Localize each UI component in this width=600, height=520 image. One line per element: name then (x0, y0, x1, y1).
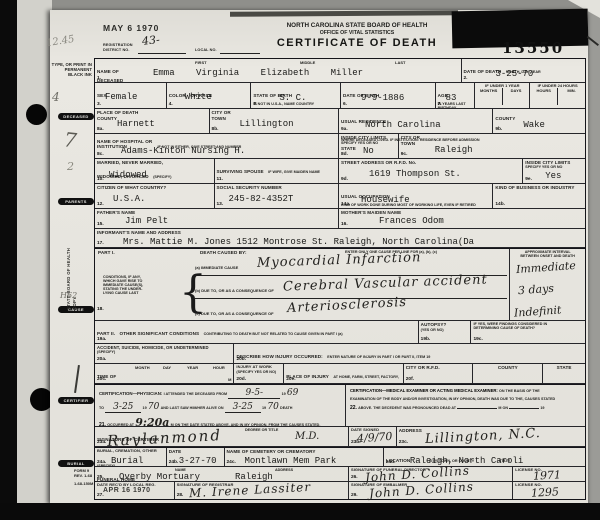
field-number: 9b. (495, 127, 502, 132)
under24-hours: HOURS (530, 88, 557, 105)
field-number: 8a. (97, 127, 104, 132)
field-date-of-birth: DATE OF BIRTH 9-9-1886 6. (341, 83, 436, 108)
field-surviving-spouse: SURVIVING SPOUSE IF WIFE, GIVE MAIDEN NA… (215, 159, 340, 183)
col-last: LAST (395, 60, 405, 65)
under1-days: DAYS (502, 88, 529, 105)
field-director-license: LICENSE NO. 1971 (513, 467, 585, 481)
mother-label: MOTHER'S MAIDEN NAME (341, 210, 583, 216)
cemetery-value: Montlawn Mem Park (245, 456, 337, 466)
field-time-of-injury: TIME OF INJURY MONTH DAY YEAR HOUR M 20c… (95, 364, 234, 383)
row-place-of-death: PLACE OF DEATH COUNTY Harnett 8a. CITY O… (95, 109, 585, 134)
attended-from-value: 9-5- (246, 388, 264, 398)
field-marital-status: MARRIED, NEVER MARRIED, WIDOWED, DIVORCE… (95, 159, 215, 183)
burial-date-value: 3-27-70 (179, 456, 217, 466)
father-value: Jim Pelt (125, 216, 168, 226)
row-cause-of-death: PART I. DEATH CAUSED BY: ENTER ONLY ONE … (95, 248, 585, 321)
last-saw-year: 70 (267, 402, 278, 412)
row-accident: ACCIDENT, SUICIDE, HOMICIDE, OR UNDETERM… (95, 344, 585, 364)
last-saw-label: AND LAST SAW HIM/HER ALIVE ON (161, 406, 224, 410)
hospital-value: Adams-Kinton Nursing H. (121, 146, 245, 156)
informant-label: INFORMANT'S NAME AND ADDRESS (97, 230, 583, 236)
field-date-signed: DATE SIGNED 4/9/70 23b. (349, 427, 397, 446)
row-certification: CERTIFICATION—PHYSICIAN: I ATTENDED THE … (95, 384, 585, 427)
col-year: YEAR (187, 365, 198, 370)
field-number: 12. (97, 202, 104, 207)
year-prefix: 19 (282, 392, 286, 396)
conditions-note: CONDITIONS, IF ANY, WHICH GAVE RISE TO I… (103, 275, 183, 295)
field-burial-type: BURIAL, CREMATION, OTHER (SPECIFY) Buria… (95, 448, 167, 466)
due-to-label-c: (c) DUE TO, OR AS A CONSEQUENCE OF (195, 311, 274, 316)
field-mother: MOTHER'S MAIDEN NAME Frances Odom 16. (339, 209, 585, 228)
field-occupation: USUAL OCCUPATION KIND OF WORK DONE DURIN… (339, 184, 493, 208)
registration-blank-line (138, 53, 186, 54)
field-number: 19a. (97, 337, 106, 342)
me-line1-tail: ON THE BASIS OF THE (499, 389, 540, 393)
field-number: 14b. (495, 202, 505, 207)
row-funeral-home: FUNERAL HOME NAME ADDRESS Overby Mortuar… (95, 467, 585, 482)
name-value: Emma Virginia Elizabeth Miller (153, 68, 363, 78)
field-number: 24d. (386, 460, 396, 465)
marital-sub: (SPECIFY) (153, 175, 171, 179)
form-number-line: 1-68-150M (74, 481, 93, 486)
row-certifier-signature: SIGNATURE OF CERTIFIER DEGREE OR TITLE R… (95, 427, 585, 447)
field-cemetery: NAME OF CEMETERY OR CREMATORY Montlawn M… (225, 448, 384, 466)
field-number: 3. (97, 102, 101, 107)
describe-note: ENTER NATURE OF INJURY IN PART I OR PART… (327, 355, 430, 359)
field-number: 26. (351, 475, 358, 480)
field-residence-county: COUNTY Wake 9b. (493, 109, 585, 133)
cause-heading: DEATH CAUSED BY: (200, 250, 247, 256)
meridiem-label: M (228, 377, 231, 382)
field-funeral-home: FUNERAL HOME NAME ADDRESS Overby Mortuar… (95, 467, 349, 481)
city-value: Lillington (240, 119, 294, 129)
certificate-paper: 12.45 MAY 6 1970 REGISTRATION DISTRICT N… (50, 10, 588, 504)
pencil-mark: 7 (63, 127, 78, 152)
field-death-city: CITY OR TOWN Lillington 8b. (210, 109, 339, 133)
row-hospital: NAME OF HOSPITAL OR INSTITUTION IF NOT I… (95, 134, 585, 159)
field-part2: PART II. OTHER SIGNIFICANT CONDITIONS CO… (95, 321, 419, 343)
field-date-of-death: DATE OF DEATH MONTH, DAY, YEAR 3-25-70 2… (462, 59, 586, 82)
burial-date-label: DATE (169, 449, 222, 455)
row-registrar: DATE REC'D BY LOCAL REG. APR 16 1970 27.… (95, 482, 585, 499)
field-interval-column: APPROXIMATE INTERVAL BETWEEN ONSET AND D… (510, 249, 585, 320)
field-number: 24b. (169, 460, 179, 465)
row-injury-details: TIME OF INJURY MONTH DAY YEAR HOUR M 20c… (95, 364, 585, 384)
field-findings: IF YES, WERE FINDINGS CONSIDERED IN DETE… (471, 321, 585, 343)
registration-district: REGISTRATION DISTRICT NO. (103, 43, 143, 52)
date-signed-value: 4/9/70 (357, 430, 393, 445)
me-line2: EXAMINATION OF THE BODY AND/OR INVESTIGA… (350, 397, 581, 401)
field-number: 8b. (212, 127, 219, 132)
local-no-blank-line (220, 53, 260, 54)
row-marital: MARRIED, NEVER MARRIED, WIDOWED, DIVORCE… (95, 159, 585, 184)
attended-from-year: 69 (287, 388, 298, 398)
field-accident: ACCIDENT, SUICIDE, HOMICIDE, OR UNDETERM… (95, 344, 234, 363)
ssn-value: 245-82-4352T (229, 194, 294, 204)
form-number-line: REV. 1-68 (74, 473, 93, 478)
certificate-number: 13550 (502, 39, 564, 57)
interval-c: Indefinit (514, 304, 562, 320)
at-work-sub: (SPECIFY YES OR NO) (236, 370, 281, 374)
field-street-address: STREET ADDRESS OR R.F.D. No. 1619 Thomps… (339, 159, 523, 183)
field-number: 10. (97, 177, 104, 182)
field-embalmer-license: LICENSE NO. 1295 (513, 482, 585, 499)
field-describe-injury: DESCRIBE HOW INJURY OCCURRED: ENTER NATU… (234, 344, 585, 363)
res-county-value: Wake (523, 120, 545, 130)
funeral-home-sub2: ADDRESS (275, 468, 293, 472)
field-number: 20b. (236, 357, 246, 362)
copy-label-text: STATE BOARD OF HEALTH (66, 248, 71, 310)
citizen-value: U.S.A. (113, 194, 145, 204)
funeral-home-value: Overby Mortuary (119, 472, 200, 481)
field-father: FATHER'S NAME Jim Pelt 15. (95, 209, 339, 228)
me-title: CERTIFICATION—MEDICAL EXAMINER OR ACTING… (350, 388, 498, 393)
res-icl-value: Yes (545, 171, 561, 181)
field-name-of-deceased: NAME OF DECEASED FIRST MIDDLE LAST Emma … (95, 59, 462, 82)
year-prefix: 19 (143, 406, 147, 410)
injury-state-label: STATE (545, 365, 583, 371)
section-pill-burial: BURIAL (58, 460, 94, 467)
field-injury-county: COUNTY (473, 364, 543, 383)
field-hospital: NAME OF HOSPITAL OR INSTITUTION IF NOT I… (95, 134, 339, 158)
field-certification-physician: CERTIFICATION—PHYSICIAN: I ATTENDED THE … (95, 385, 346, 426)
col-day: DAY (163, 365, 171, 370)
field-number: 13. (217, 202, 224, 207)
field-under-1-year: IF UNDER 1 YEAR MONTHS DAYS (475, 83, 530, 108)
accident-sub: (SPECIFY) (97, 350, 231, 354)
field-number: 20c. (97, 377, 106, 382)
part2-heading: OTHER SIGNIFICANT CONDITIONS (120, 331, 200, 336)
field-number: 5. (253, 102, 257, 107)
time-of-death-value: 9:20a (135, 416, 169, 426)
immediate-cause-value: Myocardial Infarction (257, 250, 422, 271)
interval-a: Immediate (516, 259, 577, 276)
death-word: DEATH (280, 406, 292, 410)
board-line: NORTH CAROLINA STATE BOARD OF HEALTH (255, 22, 459, 29)
scanned-death-certificate: 12.45 MAY 6 1970 REGISTRATION DISTRICT N… (0, 0, 600, 520)
field-number: 9d. (341, 177, 348, 182)
field-director-signature: SIGNATURE OF FUNERAL DIRECTOR John D. Co… (349, 467, 513, 481)
field-race: COLOR OR RACE White 4. (167, 83, 252, 108)
received-date-stamp: MAY 6 1970 (103, 23, 159, 33)
col-month: MONTH (135, 365, 150, 370)
col-hour: HOUR (213, 365, 225, 370)
marital-label: MARRIED, NEVER MARRIED, (97, 160, 212, 166)
due-to-label-b: (b) DUE TO, OR AS A CONSEQUENCE OF (195, 288, 274, 293)
spouse-sub: IF WIFE, GIVE MAIDEN NAME (268, 170, 320, 174)
pencil-mark: 4 (52, 90, 60, 104)
row-parents: FATHER'S NAME Jim Pelt 15. MOTHER'S MAID… (95, 209, 585, 229)
describe-label: DESCRIBE HOW INJURY OCCURRED: (236, 354, 322, 359)
certificate-form: NAME OF DECEASED FIRST MIDDLE LAST Emma … (94, 58, 586, 500)
field-injury-at-work: INJURY AT WORK (SPECIFY YES OR NO) 20d. (234, 364, 284, 383)
age-value: 83 (446, 93, 457, 103)
field-number: 25. (97, 475, 104, 480)
to-label: TO (99, 406, 104, 410)
street-value: 1619 Thompson St. (369, 169, 461, 179)
cause-line-b: (b) DUE TO, OR AS A CONSEQUENCE OF Cereb… (195, 279, 507, 299)
field-number: 4. (169, 102, 173, 107)
field-number: 24c. (227, 460, 236, 465)
field-autopsy: AUTOPSY? (YES OR NO) 19b. (419, 321, 472, 343)
field-ssn: SOCIAL SECURITY NUMBER 245-82-4352T 13. (215, 184, 340, 208)
me-m-on: M ON (498, 406, 508, 410)
injury-city-label: CITY OR R.F.D. (406, 365, 471, 371)
res-icl-sub: SPECIFY YES OR NO (525, 165, 583, 169)
row-name: NAME OF DECEASED FIRST MIDDLE LAST Emma … (95, 59, 585, 83)
scan-edge-right (588, 0, 600, 503)
field-number: 19c. (473, 337, 482, 342)
to-value: 3-25 (113, 402, 133, 412)
office-line: OFFICE OF VITAL STATISTICS (255, 30, 459, 36)
embalmer-license-value: 1295 (531, 485, 560, 499)
field-number: 9c. (401, 152, 408, 157)
row-burial: BURIAL, CREMATION, OTHER (SPECIFY) Buria… (95, 447, 585, 467)
field-informant: INFORMANT'S NAME AND ADDRESS Mrs. Mattie… (95, 229, 585, 248)
pencil-mark: H62 (60, 291, 77, 300)
me-year-prefix: 19 (540, 406, 544, 410)
physician-tail: M ON THE DATE STATED ABOVE, AND IN MY OP… (171, 423, 321, 426)
scan-edge-bottom (0, 503, 600, 520)
registration-label-2: DISTRICT NO. (103, 48, 143, 53)
part2-note: CONTRIBUTING TO DEATH BUT NOT RELATED TO… (204, 332, 343, 336)
col-first: FIRST (195, 60, 207, 65)
certificate-title: CERTIFICATE OF DEATH (255, 37, 459, 49)
dob-value: 9-9-1886 (361, 93, 404, 103)
director-license-value: 1971 (533, 468, 562, 481)
field-number: 8c. (97, 152, 104, 157)
res-state-value: North Carolina (365, 120, 441, 130)
burial-type-value: Burial (111, 456, 143, 466)
occurred-label: OCCURRED AT (107, 423, 134, 426)
year-prefix: 19 (262, 406, 266, 410)
cemetery-label: NAME OF CEMETERY OR CREMATORY (227, 449, 381, 455)
informant-value: Mrs. Mattie M. Jones 1512 Montrose St. R… (123, 237, 474, 247)
form-number: FORM 9 REV. 1-68 1-68-150M (74, 468, 93, 486)
row-citizen: CITIZEN OF WHAT COUNTRY? U.S.A. 12. SOCI… (95, 184, 585, 209)
sob-value: S. C. (279, 93, 306, 103)
field-number: 15. (97, 222, 104, 227)
field-number: 7. (438, 102, 442, 107)
name-label: NAME OF (97, 69, 119, 74)
field-number: 16. (341, 222, 348, 227)
section-pill-deceased: DECEASED (58, 113, 94, 120)
attended-label: I ATTENDED THE DECEASED FROM (164, 392, 228, 396)
certificate-header: NORTH CAROLINA STATE BOARD OF HEALTH OFF… (255, 22, 459, 49)
name-label-2: DECEASED (97, 78, 459, 82)
field-number: 23c. (399, 440, 408, 445)
funeral-home-value-2: Raleigh (235, 472, 273, 481)
field-number: 6. (343, 102, 347, 107)
injury-county-label: COUNTY (475, 365, 540, 371)
field-number: 27. (97, 493, 104, 498)
col-middle: MIDDLE (300, 60, 315, 65)
field-number: 17. (97, 241, 104, 246)
hole-punch (26, 104, 47, 125)
field-number: 23b. (351, 440, 361, 445)
last-saw-value: 3-25 (233, 402, 253, 412)
field-place-of-injury: PLACE OF INJURY AT HOME, FARM, STREET, F… (284, 364, 404, 383)
date-received-stamp: APR 16 1970 (103, 487, 151, 494)
field-number: 20d. (236, 377, 246, 382)
part1-label: PART I. (98, 250, 115, 256)
field-number: 20e. (286, 377, 295, 382)
part2-label: PART II. (97, 331, 115, 336)
scan-edge-left (0, 0, 17, 520)
field-number: 2. (464, 76, 468, 81)
scan-smear (230, 10, 458, 17)
field-injury-city: CITY OR R.F.D. 20f. (404, 364, 474, 383)
field-number: 23a. (97, 440, 106, 445)
certifier-sig-sub: DEGREE OR TITLE (245, 428, 278, 432)
field-sex: SEX Female 3. (95, 83, 167, 108)
field-registrar-signature: SIGNATURE OF REGISTRAR M. Irene Lassiter… (175, 482, 349, 499)
under1-months: MONTHS (475, 88, 501, 105)
conditions-note-line: LYING CAUSE LAST (103, 291, 183, 295)
local-no-label: LOCAL NO. (195, 48, 217, 53)
field-number: 9e. (525, 177, 532, 182)
field-industry: KIND OF BUSINESS OR INDUSTRY 14b. (493, 184, 585, 208)
physician-title: CERTIFICATION—PHYSICIAN: (99, 391, 162, 396)
field-number: 20f. (406, 377, 414, 382)
field-number: 19b. (421, 337, 431, 342)
field-citizen: CITIZEN OF WHAT COUNTRY? U.S.A. 12. (95, 184, 215, 208)
field-cause-part1: PART I. DEATH CAUSED BY: ENTER ONLY ONE … (95, 249, 510, 320)
citizen-label: CITIZEN OF WHAT COUNTRY? (97, 185, 212, 191)
pen-stroke (74, 365, 79, 393)
street-label: STREET ADDRESS OR R.F.D. No. (341, 160, 520, 166)
occupation-value: Housewife (361, 195, 410, 205)
sex-value: Female (105, 92, 137, 102)
race-label: COLOR (169, 93, 186, 98)
scan-gutter (17, 0, 52, 505)
field-date-received: DATE REC'D BY LOCAL REG. APR 16 1970 27. (95, 482, 175, 499)
field-number: 14a. (341, 202, 350, 207)
field-certification-medical-examiner: CERTIFICATION—MEDICAL EXAMINER OR ACTING… (346, 385, 585, 426)
section-pill-parents: PARENTS (58, 198, 94, 205)
res-state-label: STATE (341, 146, 490, 152)
field-number: 9a. (341, 127, 348, 132)
field-embalmer-signature: SIGNATURE OF EMBALMER John D. Collins 29… (349, 482, 513, 499)
usual-residence-sub: WHERE DECEASED LIVED. IF INSTITUTION: RE… (341, 138, 480, 142)
field-number: 21. (99, 422, 106, 426)
print-note-line: BLACK INK (50, 72, 92, 77)
field-certifier-signature: SIGNATURE OF CERTIFIER DEGREE OR TITLE R… (95, 427, 349, 446)
field-residence-state: USUAL RESIDENCE WHERE DECEASED LIVED. IF… (339, 109, 493, 133)
under24-min: MIN. (557, 88, 585, 105)
row-informant: INFORMANT'S NAME AND ADDRESS Mrs. Mattie… (95, 229, 585, 249)
field-number: 22. (350, 405, 357, 411)
section-pill-certifier: CERTIFIER (58, 397, 94, 404)
interval-header-2: BETWEEN ONSET AND DEATH (512, 254, 583, 258)
findings-label-2: DETERMINING CAUSE OF DEATH? (473, 326, 583, 330)
field-injury-state: STATE (543, 364, 585, 383)
race-value: White (185, 92, 212, 102)
cause-line-c: (c) DUE TO, OR AS A CONSEQUENCE OF Arter… (195, 302, 507, 320)
marital-value: Widowed (109, 170, 147, 180)
field-burial-date: DATE 3-27-70 24b. (167, 448, 225, 466)
pencil-mark: 12.45 (45, 34, 75, 49)
row-part2: PART II. OTHER SIGNIFICANT CONDITIONS CO… (95, 321, 585, 344)
mother-value: Frances Odom (379, 216, 444, 226)
ssn-label: SOCIAL SECURITY NUMBER (217, 185, 337, 191)
pencil-mark: 2 (67, 160, 74, 173)
field-number: 24a. (97, 460, 106, 465)
field-residence-inside-city: INSIDE CITY LIMITS SPECIFY YES OR NO Yes… (523, 159, 585, 183)
field-number: 20a. (97, 357, 106, 362)
field-number: 18. (97, 307, 104, 312)
field-number: 8d. (341, 152, 348, 157)
field-under-24-hours: IF UNDER 24 HOURS HOURS MIN. (530, 83, 585, 108)
field-number: 29. (351, 493, 358, 498)
field-age: AGE IN YEARS LAST BIRTHDAY 83 7. (436, 83, 476, 108)
spouse-label: SURVIVING SPOUSE (217, 169, 264, 174)
dod-value: 3-25-70 (496, 69, 534, 79)
county-value: Harnett (117, 119, 155, 129)
field-number: 28. (177, 493, 184, 498)
certifier-degree: M.D. (295, 431, 319, 442)
to-year: 70 (148, 402, 159, 412)
field-burial-location: LOCATION CITY, TOWN, OR COUNTY STATE Ral… (384, 448, 585, 466)
registration-district-value: 43- (141, 33, 160, 48)
field-number: 11. (217, 177, 223, 182)
industry-label: KIND OF BUSINESS OR INDUSTRY (495, 185, 583, 191)
interval-b: 3 days (518, 282, 555, 297)
row-sex-race-birth: SEX Female 3. COLOR OR RACE White 4. STA… (95, 83, 585, 109)
field-number: 1. (97, 76, 101, 81)
field-certifier-address: ADDRESS Lillington, N.C. 23c. (397, 427, 585, 446)
father-label: FATHER'S NAME (97, 210, 336, 216)
field-state-of-birth: STATE OF BIRTH IF NOT IN U.S.A., NAME CO… (251, 83, 341, 108)
field-death-county: PLACE OF DEATH COUNTY Harnett 8a. (95, 109, 210, 133)
print-note: TYPE, OR PRINT IN PERMANENT BLACK INK (50, 62, 92, 77)
me-line3: ABOVE. THE DECEDENT WAS PRONOUNCED DEAD … (358, 406, 456, 410)
autopsy-sub: (YES OR NO) (421, 328, 469, 332)
